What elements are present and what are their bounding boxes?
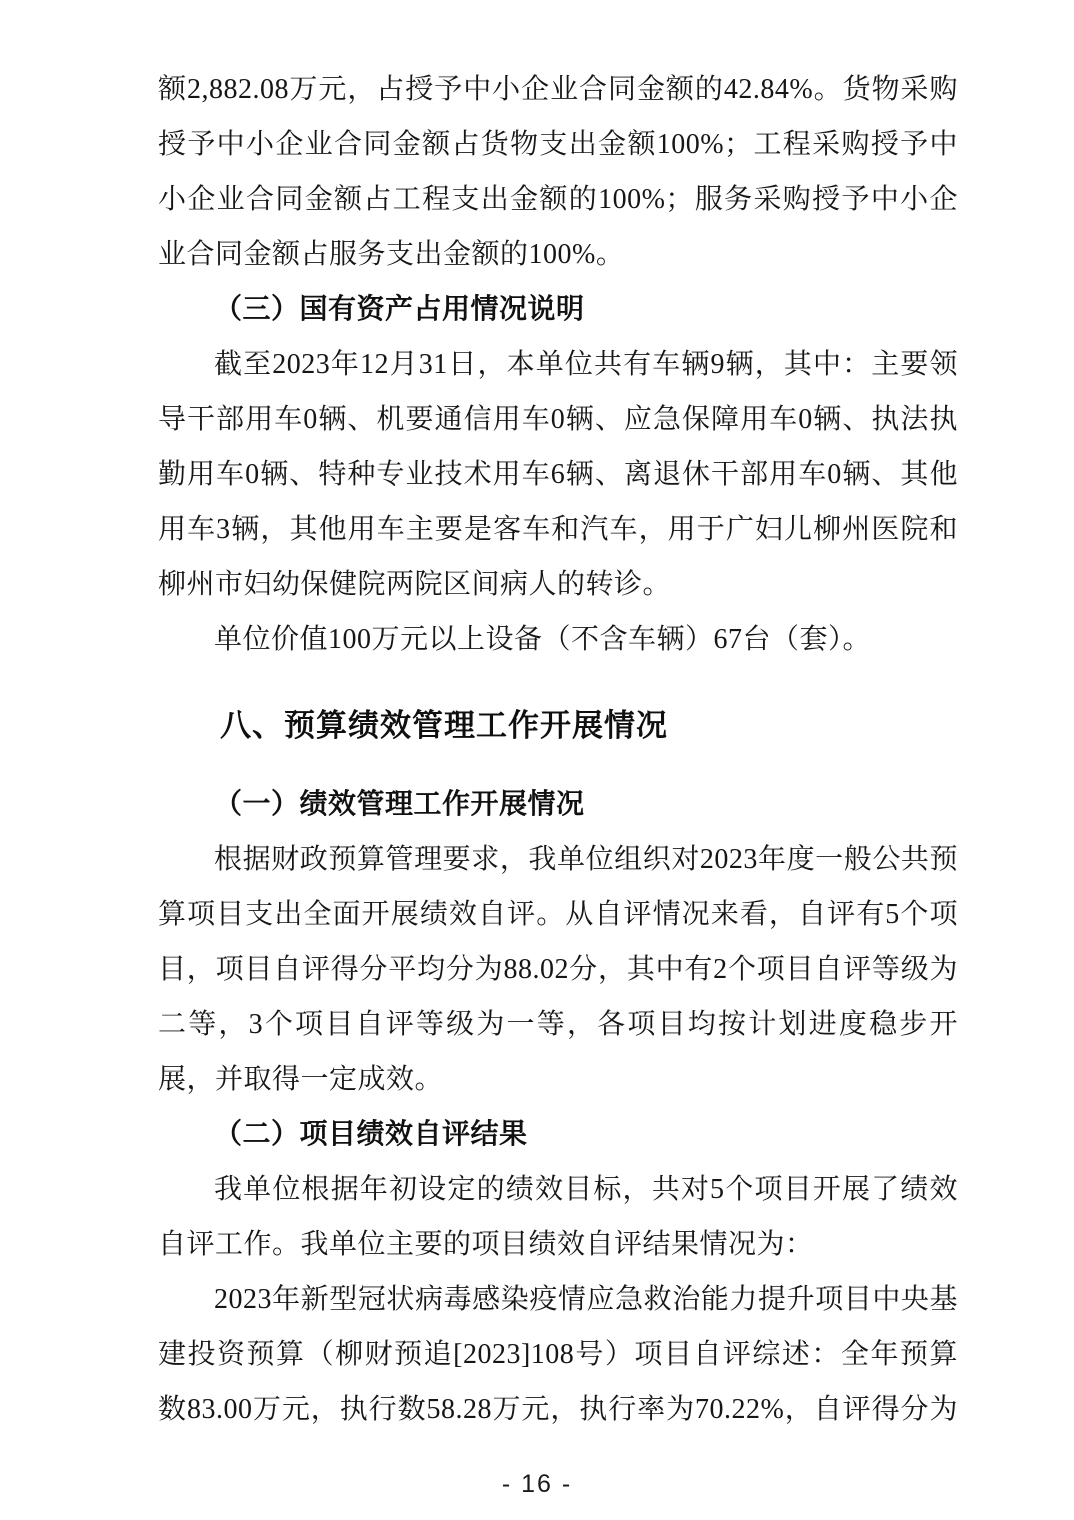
paragraph-vehicles: 截至2023年12月31日，本单位共有车辆9辆，其中：主要领导干部用车0辆、机要… [158, 337, 958, 612]
paragraph-self-evaluation-overview: 根据财政预算管理要求，我单位组织对2023年度一般公共预算项目支出全面开展绩效自… [158, 832, 958, 1107]
paragraph-continued-smb-contracts: 额2,882.08万元，占授予中小企业合同金额的42.84%。货物采购授予中小企… [158, 62, 958, 282]
paragraph-evaluation-scope: 我单位根据年初设定的绩效目标，共对5个项目开展了绩效自评工作。我单位主要的项目绩… [158, 1162, 958, 1272]
subsection-heading-performance-management: （一）绩效管理工作开展情况 [158, 777, 958, 832]
subsection-heading-state-assets: （三）国有资产占用情况说明 [158, 282, 958, 337]
paragraph-equipment: 单位价值100万元以上设备（不含车辆）67台（套）。 [158, 612, 958, 667]
subsection-heading-project-results: （二）项目绩效自评结果 [158, 1107, 958, 1162]
section-heading-budget-performance: 八、预算绩效管理工作开展情况 [158, 698, 958, 753]
page-number: - 16 - [0, 1470, 1074, 1499]
document-page: 额2,882.08万元，占授予中小企业合同金额的42.84%。货物采购授予中小企… [0, 0, 1074, 1520]
document-body: 额2,882.08万元，占授予中小企业合同金额的42.84%。货物采购授予中小企… [158, 62, 958, 1437]
paragraph-covid-project: 2023年新型冠状病毒感染疫情应急救治能力提升项目中央基建投资预算（柳财预追[2… [158, 1272, 958, 1437]
